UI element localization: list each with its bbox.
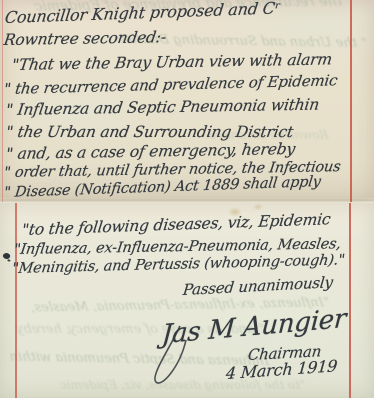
margin-line <box>15 203 17 398</box>
handwriting-line: " the Urban and Surrounding District <box>5 123 295 141</box>
margin-line <box>2 0 3 202</box>
margin-line <box>349 203 351 398</box>
handwriting-line: Rowntree seconded:- <box>3 28 167 49</box>
minute-book-scan: " the recurrence and prevalence of Epide… <box>0 0 374 398</box>
margin-line <box>350 0 352 202</box>
